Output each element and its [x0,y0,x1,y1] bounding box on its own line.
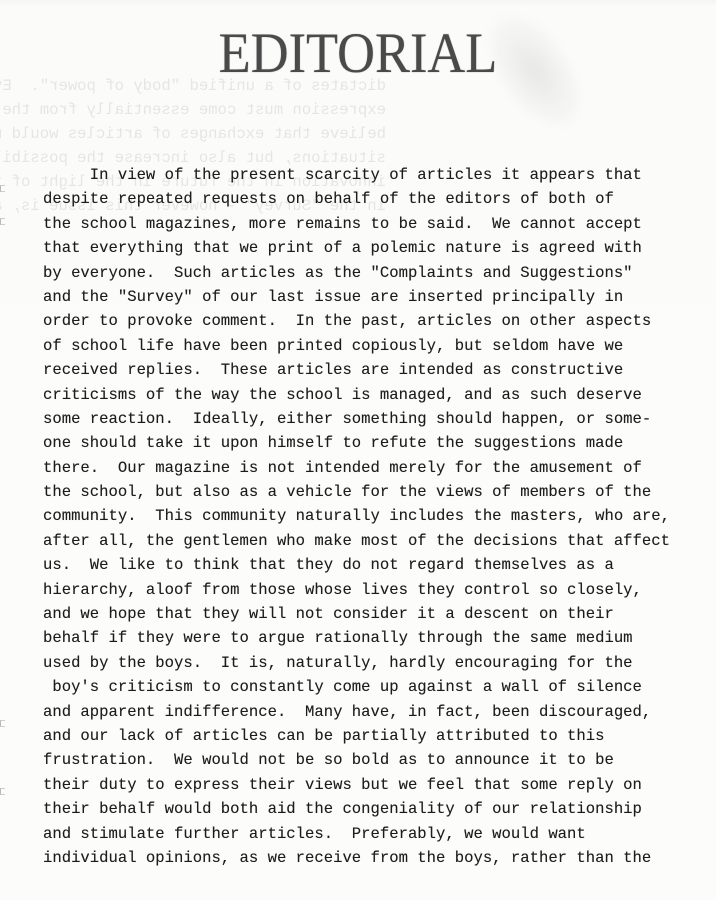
body-line: there. Our magazine is not intended mere… [43,456,670,480]
bleed-line: believe that exchanges of articles would… [0,122,386,146]
body-line: and apparent indifference. Many have, in… [43,700,670,724]
body-line: their behalf would both aid the congenia… [43,797,670,821]
body-line: and our lack of articles can be partiall… [43,724,670,748]
body-line: despite repeated requests on behalf of t… [43,187,670,211]
body-line: order to provoke comment. In the past, a… [43,309,670,333]
body-line: community. This community naturally incl… [43,504,670,528]
scanned-page: dictates of a unified "body of power". E… [0,0,716,900]
body-line: behalf if they were to argue rationally … [43,626,670,650]
body-line: the school, but also as a vehicle for th… [43,480,670,504]
margin-mark [0,788,5,795]
body-line: used by the boys. It is, naturally, hard… [43,651,670,675]
body-line: received replies. These articles are int… [43,358,670,382]
body-line: by everyone. Such articles as the "Compl… [43,261,670,285]
margin-mark [0,185,5,192]
editorial-title: EDITORIAL [29,24,688,84]
body-line: hierarchy, aloof from those whose lives … [43,578,670,602]
body-line: criticisms of the way the school is mana… [43,383,670,407]
body-line: their duty to express their views but we… [43,773,670,797]
body-line: In view of the present scarcity of artic… [43,163,670,187]
body-line: us. We like to think that they do not re… [43,553,670,577]
body-line: after all, the gentlemen who make most o… [43,529,670,553]
body-line: one should take it upon himself to refut… [43,431,670,455]
margin-mark [0,218,5,225]
editorial-body: In view of the present scarcity of artic… [43,163,670,870]
body-line: individual opinions, as we receive from … [43,846,670,870]
body-line: the school magazines, more remains to be… [43,212,670,236]
margin-mark [0,720,5,727]
body-line: some reaction. Ideally, either something… [43,407,670,431]
body-line: and we hope that they will not consider … [43,602,670,626]
body-line: and stimulate further articles. Preferab… [43,822,670,846]
body-line: of school life have been printed copious… [43,334,670,358]
body-line: boy's criticism to constantly come up ag… [43,675,670,699]
bleed-line: expression must come essentially from th… [0,98,386,122]
body-line: and the "Survey" of our last issue are i… [43,285,670,309]
body-line: frustration. We would not be so bold as … [43,748,670,772]
body-line: that everything that we print of a polem… [43,236,670,260]
